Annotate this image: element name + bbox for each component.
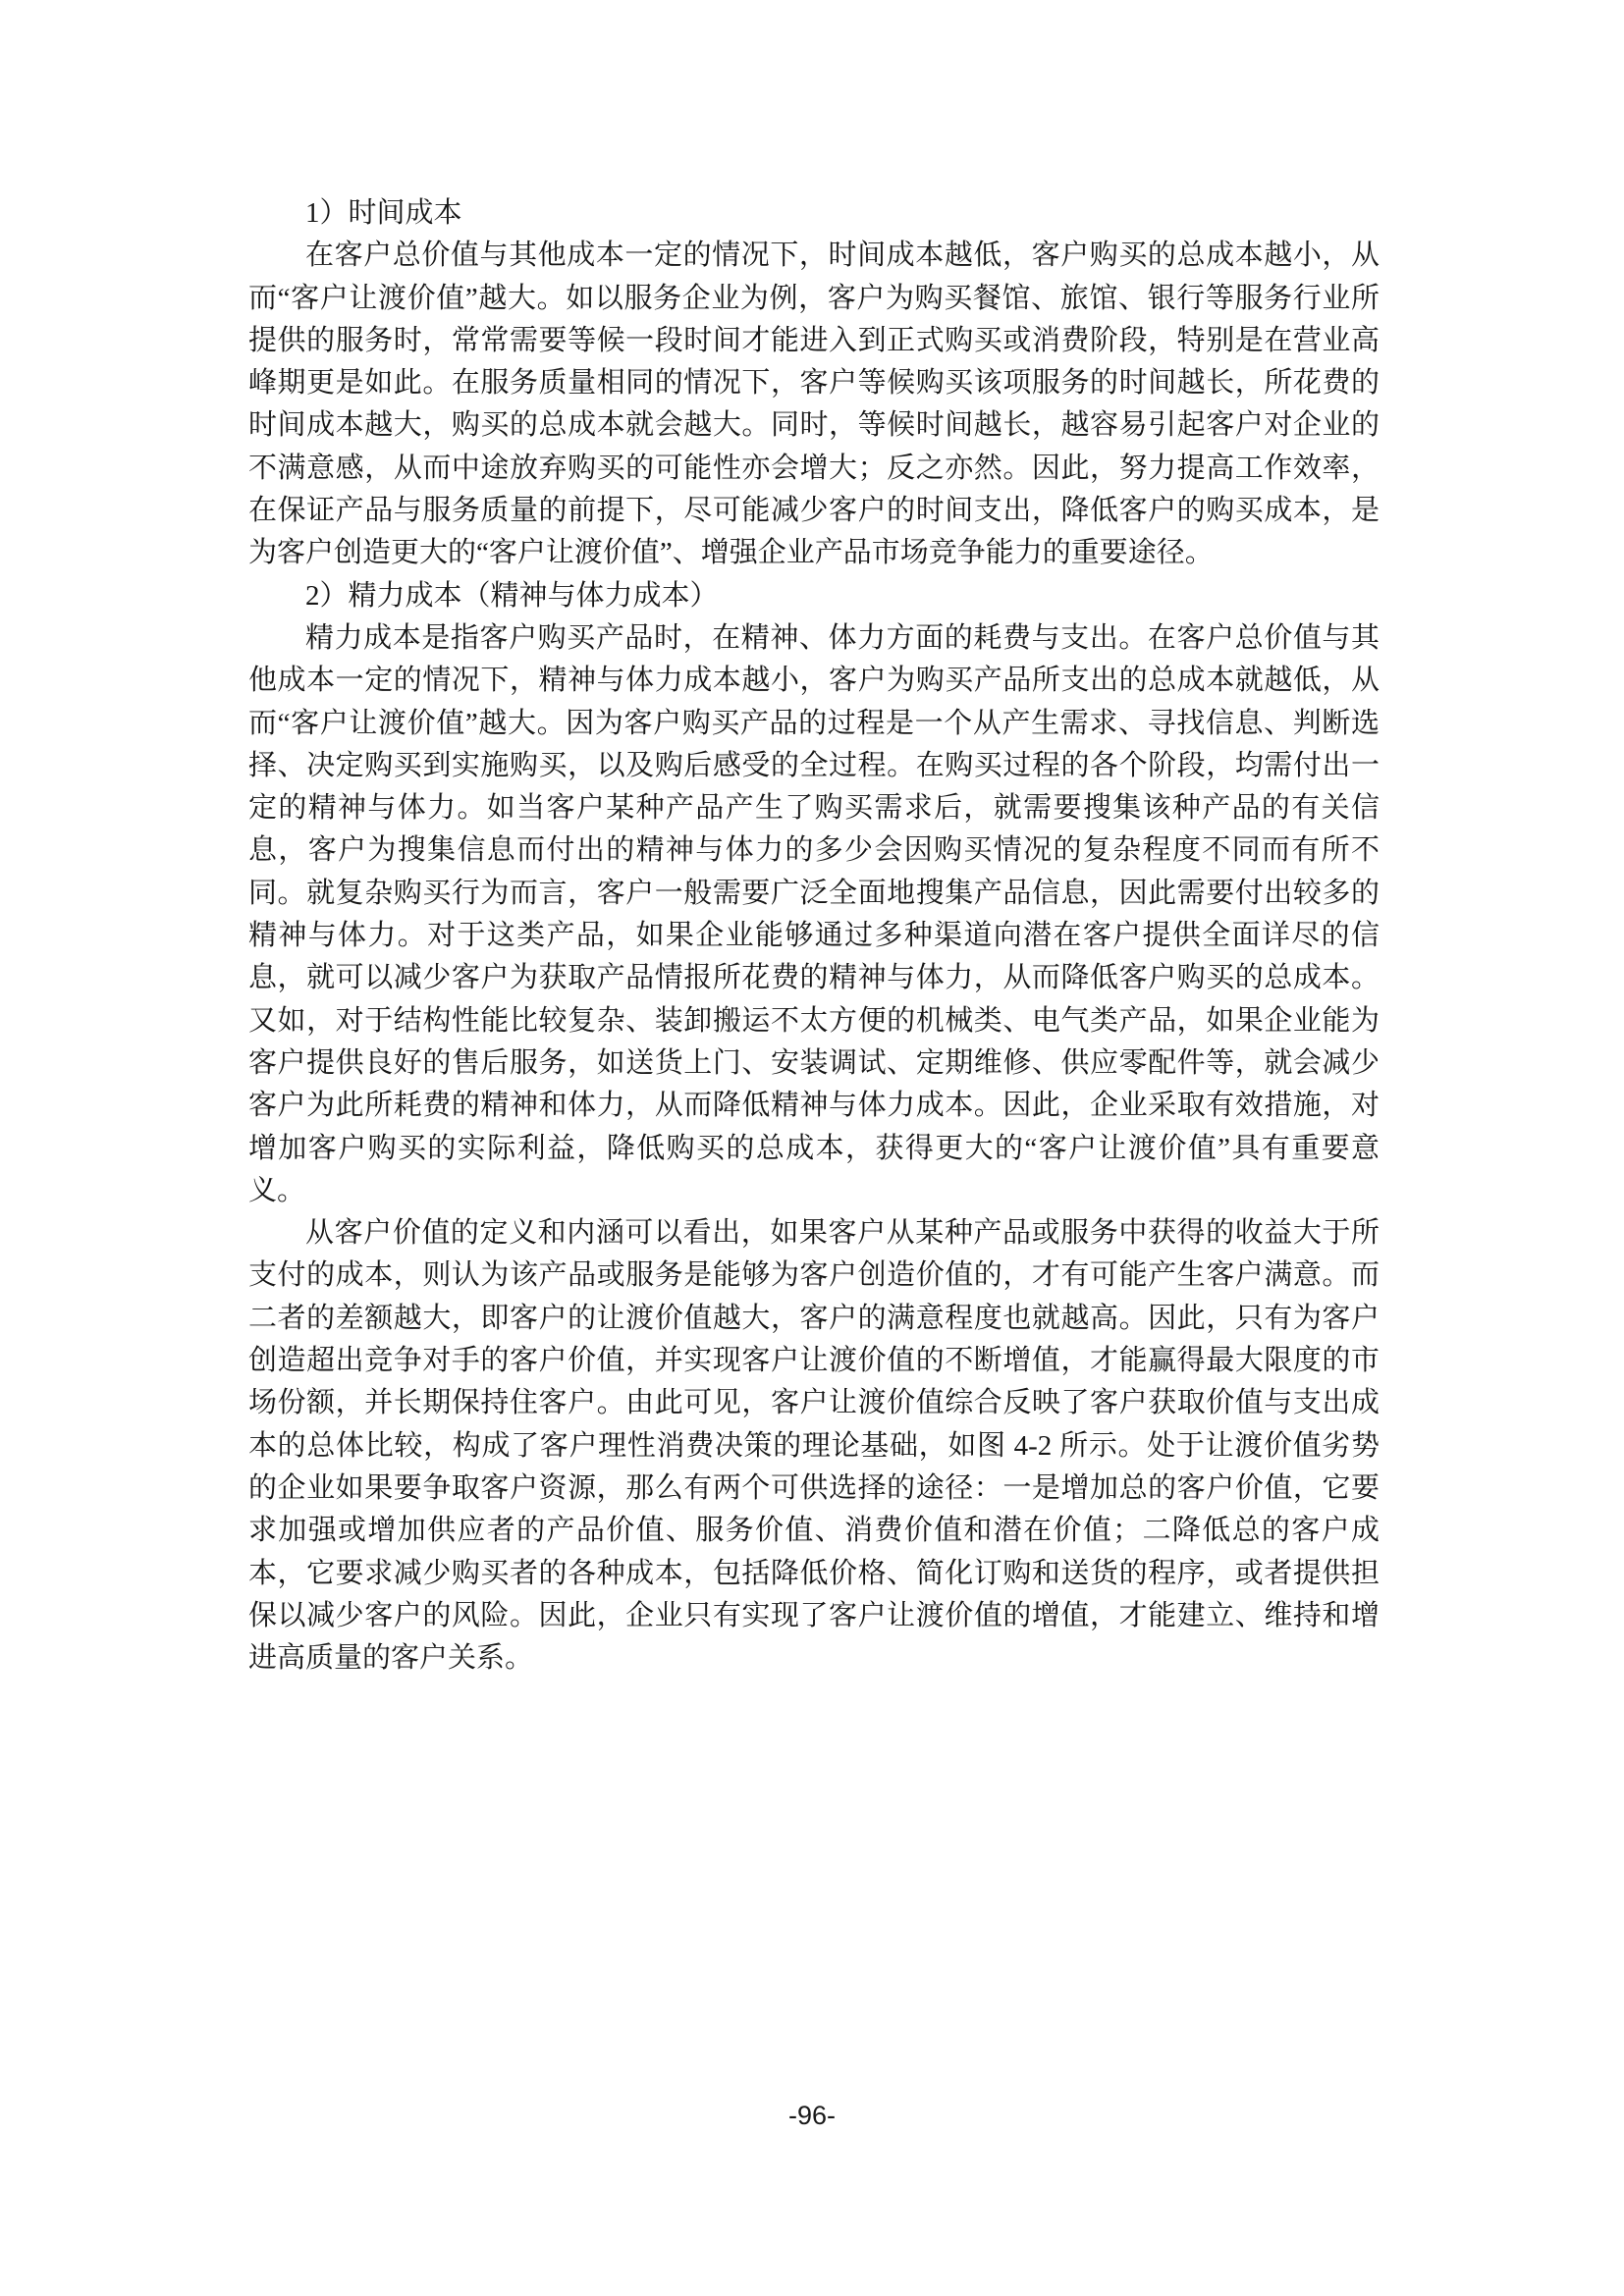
section-heading-time-cost: 1）时间成本 [248, 192, 1380, 235]
body-paragraph-customer-value-summary: 从客户价值的定义和内涵可以看出，如果客户从某种产品或服务中获得的收益大于所支付的… [248, 1212, 1380, 1680]
page-number: -96- [0, 2099, 1624, 2132]
body-paragraph-time-cost: 在客户总价值与其他成本一定的情况下，时间成本越低，客户购买的总成本越小，从而“客… [248, 235, 1380, 574]
body-paragraph-energy-cost: 精力成本是指客户购买产品时，在精神、体力方面的耗费与支出。在客户总价值与其他成本… [248, 617, 1380, 1212]
document-page: 1）时间成本 在客户总价值与其他成本一定的情况下，时间成本越低，客户购买的总成本… [0, 0, 1624, 2296]
section-heading-energy-cost: 2）精力成本（精神与体力成本） [248, 575, 1380, 617]
text-block: 1）时间成本 在客户总价值与其他成本一定的情况下，时间成本越低，客户购买的总成本… [248, 192, 1380, 1680]
